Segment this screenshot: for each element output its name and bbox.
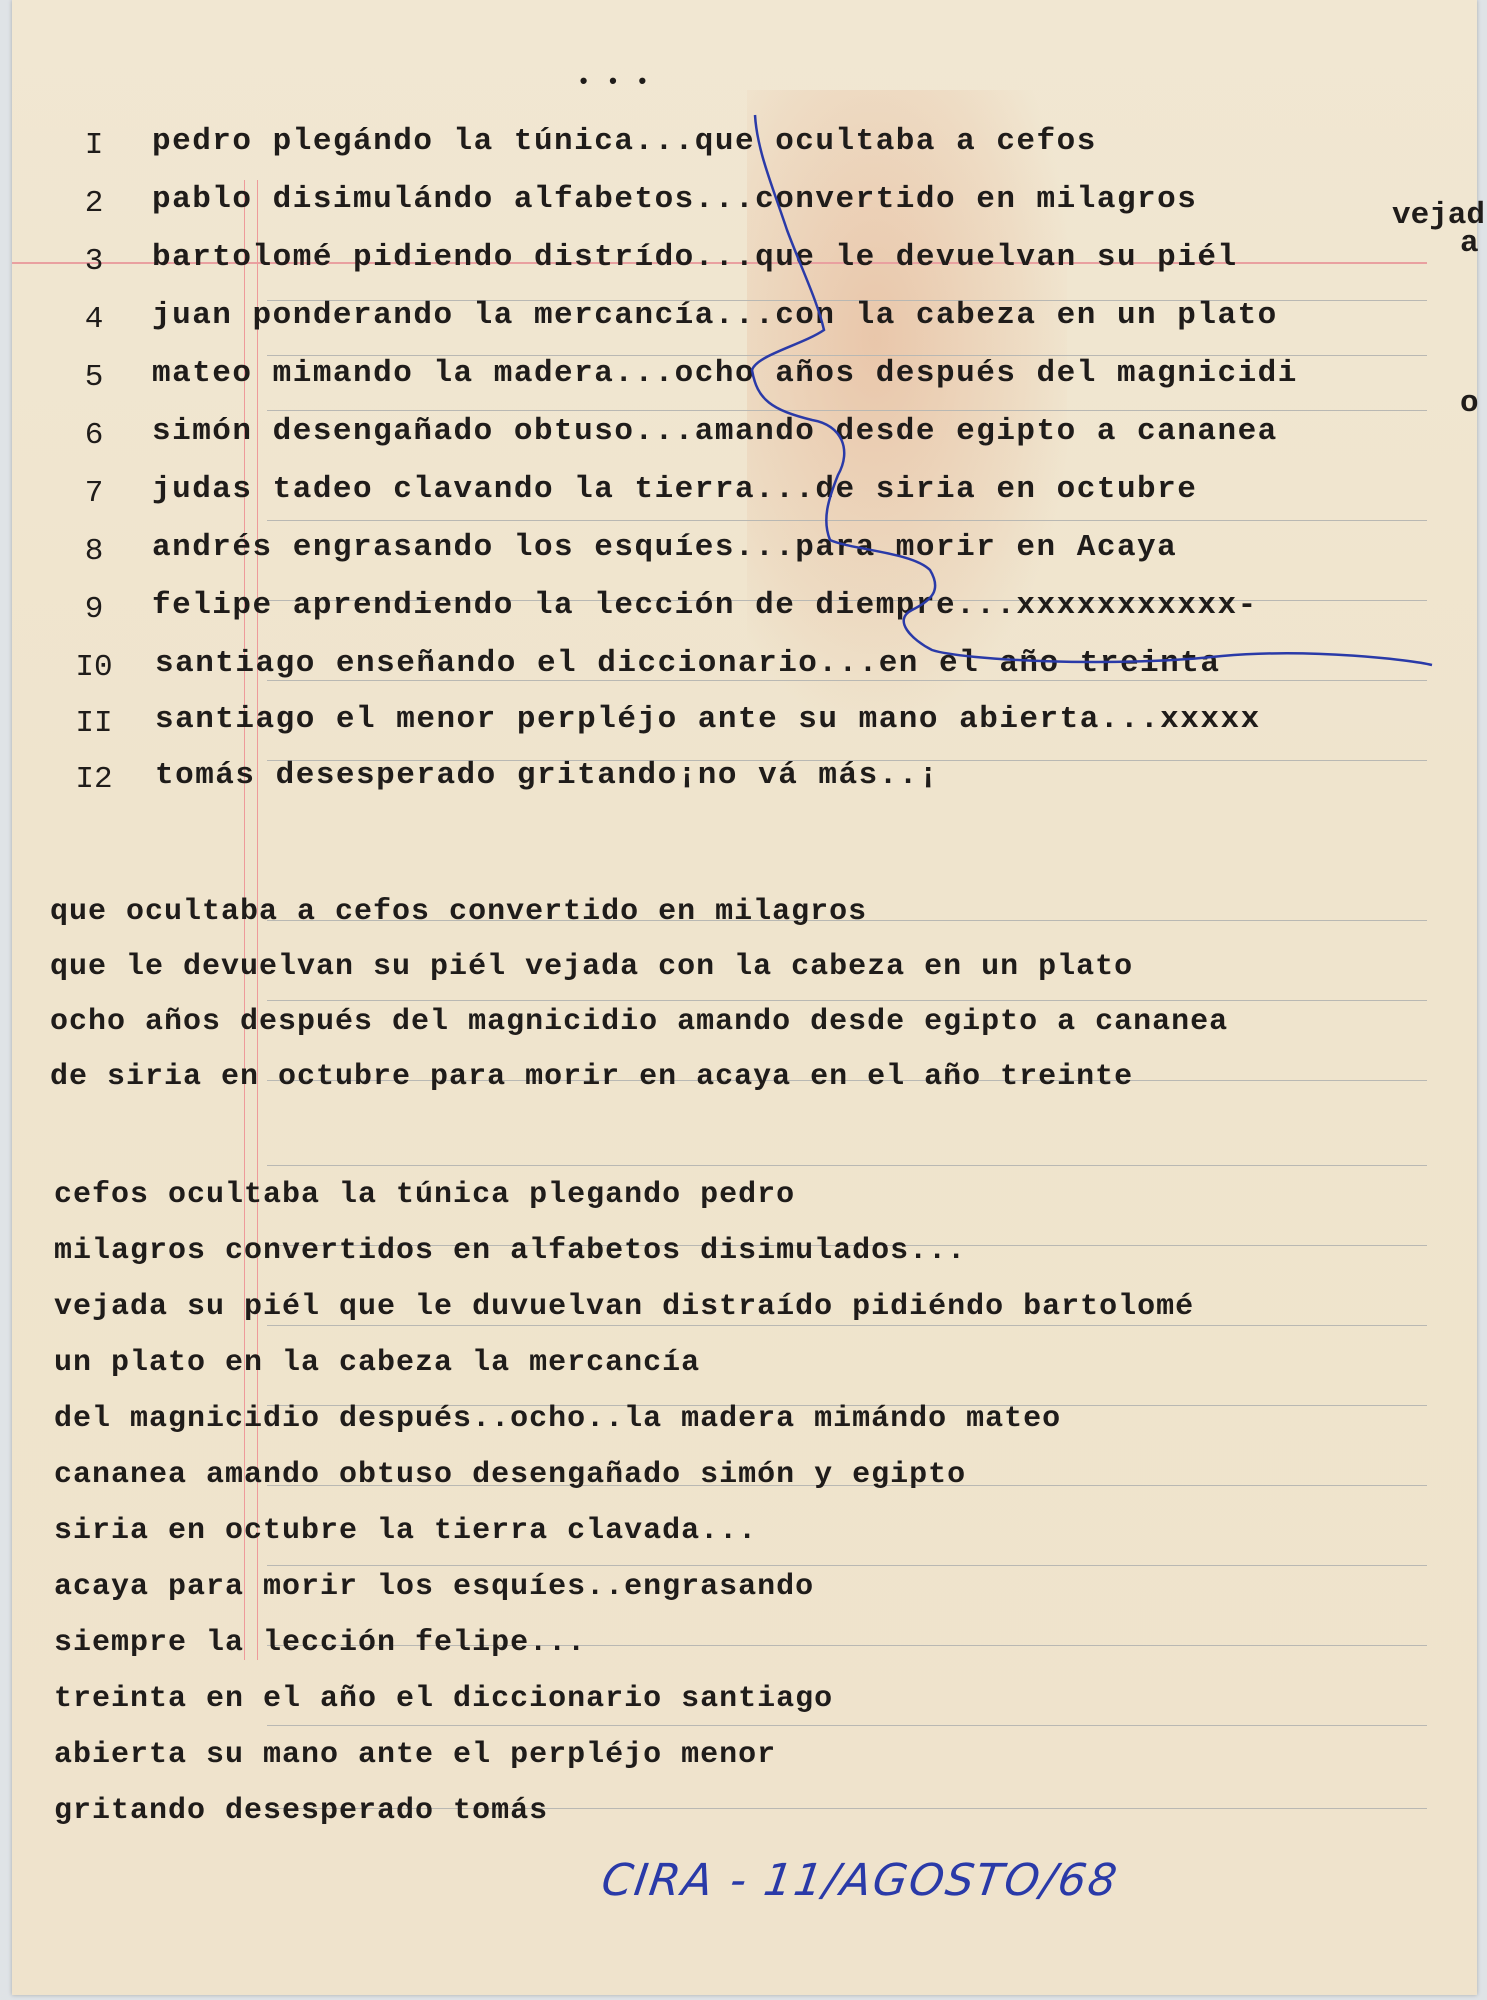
- list-item: tomás desesperado gritando¡no vá más..¡: [155, 758, 939, 793]
- stanza-line: que ocultaba a cefos convertido en milag…: [50, 895, 867, 929]
- stanza-line: vejada su piél que le duvuelvan distraíd…: [54, 1290, 1194, 1324]
- stanza-line: del magnicidio después..ocho..la madera …: [54, 1402, 1061, 1436]
- pen-annotation-line: [12, 0, 1477, 720]
- stanza-line: cananea amando obtuso desengañado simón …: [54, 1458, 966, 1492]
- ruled-line: [267, 1725, 1427, 1726]
- stanza-line: cefos ocultaba la túnica plegando pedro: [54, 1178, 795, 1212]
- ruled-line: [267, 1165, 1427, 1166]
- stanza-line: de siria en octubre para morir en acaya …: [50, 1060, 1133, 1094]
- handwritten-signature: CIRA - 11/AGOSTO/68: [598, 1855, 1121, 1906]
- stanza-line: siria en octubre la tierra clavada...: [54, 1514, 757, 1548]
- stanza-line: milagros convertidos en alfabetos disimu…: [54, 1234, 966, 1268]
- stanza-line: gritando desesperado tomás: [54, 1794, 548, 1828]
- stanza-line: acaya para morir los esquíes..engrasando: [54, 1570, 814, 1604]
- stanza-line: abierta su mano ante el perpléjo menor: [54, 1738, 776, 1772]
- ruled-line: [267, 1325, 1427, 1326]
- ruled-line: [267, 1000, 1427, 1001]
- ruled-line: [267, 1565, 1427, 1566]
- stanza-line: que le devuelvan su piél vejada con la c…: [50, 950, 1133, 984]
- stanza-line: treinta en el año el diccionario santiag…: [54, 1682, 833, 1716]
- stanza-line: un plato en la cabeza la mercancía: [54, 1346, 700, 1380]
- list-number: I2: [64, 762, 124, 797]
- typewritten-page: • • • I pedro plegándo la túnica...que o…: [12, 0, 1477, 1995]
- stanza-line: siempre la lección felipe...: [54, 1626, 586, 1660]
- stanza-line: ocho años después del magnicidio amando …: [50, 1005, 1228, 1039]
